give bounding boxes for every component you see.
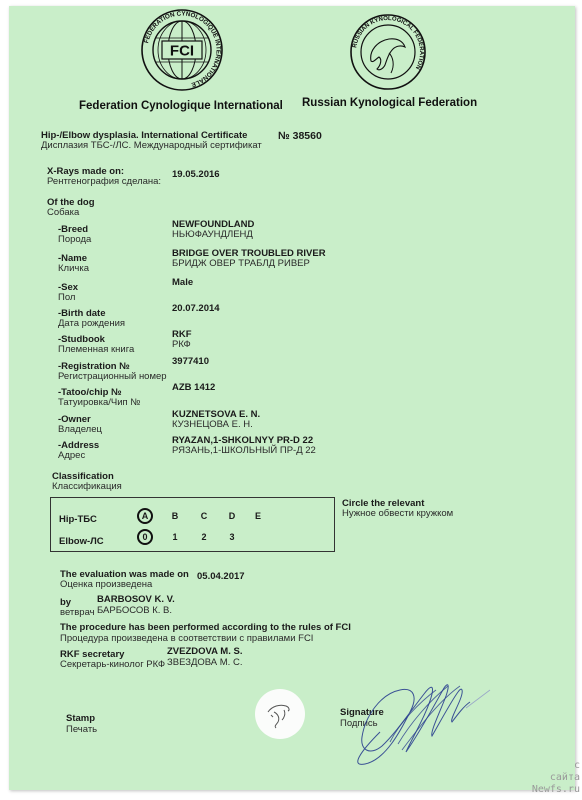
- xray-date: 19.05.2016: [172, 169, 220, 180]
- by-label-ru: ветврач: [60, 607, 95, 618]
- watermark-line-3: Newfs.ru: [532, 784, 580, 795]
- xray-label-ru: Рентгенография сделана:: [47, 176, 161, 187]
- stamp-label-en: Stamp: [66, 713, 95, 724]
- field-label-ru: Регистрационный номер: [58, 371, 167, 382]
- grade-A-selected: A: [137, 508, 153, 524]
- certificate-title-ru: Дисплазия ТБС-/ЛС. Международный сертифи…: [41, 140, 262, 151]
- grade-1: 1: [167, 529, 183, 545]
- field-label-ru: Татуировка/Чип №: [58, 397, 140, 408]
- stamp-seal-icon: [254, 688, 306, 740]
- secretary-name-en: ZVEZDOVA M. S.: [167, 646, 242, 657]
- grade-2: 2: [196, 529, 212, 545]
- secretary-label-ru: Секретарь-кинолог РКФ: [60, 659, 165, 670]
- certificate-number: № 38560: [278, 131, 322, 142]
- procedure-text-en: The procedure has been performed accordi…: [60, 622, 351, 633]
- vet-name-ru: БАРБОСОВ К. В.: [97, 605, 172, 616]
- field-value-en: Male: [172, 277, 193, 288]
- circle-hint-ru: Нужное обвести кружком: [342, 508, 453, 519]
- field-label-ru: Владелец: [58, 424, 102, 435]
- stamp-label-ru: Печать: [66, 724, 97, 735]
- svg-text:FCI: FCI: [170, 43, 194, 60]
- procedure-text-ru: Процедура произведена в соответствии с п…: [60, 633, 313, 644]
- secretary-name-ru: ЗВЕЗДОВА М. С.: [167, 657, 242, 668]
- signature-scribble-icon: [340, 672, 500, 772]
- field-value-en: 3977410: [172, 356, 209, 367]
- hip-label: Hip-ТБС: [59, 514, 97, 525]
- fci-org-name: Federation Cynologique International: [79, 100, 283, 112]
- field-value-ru: КУЗНЕЦОВА Е. Н.: [172, 419, 253, 430]
- field-value-ru: БРИДЖ ОВЕР ТРАБЛД РИВЕР: [172, 258, 310, 269]
- evaluation-date: 05.04.2017: [197, 571, 245, 582]
- grade-3: 3: [224, 529, 240, 545]
- evaluation-label-ru: Оценка произведена: [60, 579, 152, 590]
- grade-0-selected: 0: [137, 529, 153, 545]
- watermark-line-1: с: [574, 760, 580, 771]
- field-label-ru: Пол: [58, 292, 75, 303]
- classification-box: Hip-ТБС Elbow-ЛС ABCDE 0123: [50, 497, 335, 552]
- grade-E: E: [250, 508, 266, 524]
- grade-C: C: [196, 508, 212, 524]
- rkf-org-name: Russian Kynological Federation: [302, 97, 477, 109]
- field-value-en: AZB 1412: [172, 382, 215, 393]
- rkf-logo-icon: RUSSIAN KYNOLOGICAL FEDERATION: [349, 13, 427, 91]
- field-value-ru: НЬЮФАУНДЛЕНД: [172, 229, 253, 240]
- vet-name-en: BARBOSOV K. V.: [97, 594, 175, 605]
- grade-B: B: [167, 508, 183, 524]
- field-label-ru: Кличка: [58, 263, 89, 274]
- classification-label-ru: Классификация: [52, 481, 122, 492]
- field-label-ru: Дата рождения: [58, 318, 125, 329]
- field-value-en: 20.07.2014: [172, 303, 220, 314]
- field-label-ru: Адрес: [58, 450, 85, 461]
- watermark-line-2: сайта: [550, 772, 580, 783]
- elbow-label: Elbow-ЛС: [59, 536, 104, 547]
- dog-section-label-ru: Собака: [47, 207, 79, 218]
- grade-D: D: [224, 508, 240, 524]
- field-label-ru: Племенная книга: [58, 344, 134, 355]
- field-value-ru: РКФ: [172, 339, 191, 350]
- fci-logo-icon: FCI FEDERATION CYNOLOGIQUE INTERNATIONAL…: [140, 8, 224, 92]
- field-label-ru: Порода: [58, 234, 91, 245]
- field-value-ru: РЯЗАНЬ,1-ШКОЛЬНЫЙ ПР-Д 22: [172, 445, 316, 456]
